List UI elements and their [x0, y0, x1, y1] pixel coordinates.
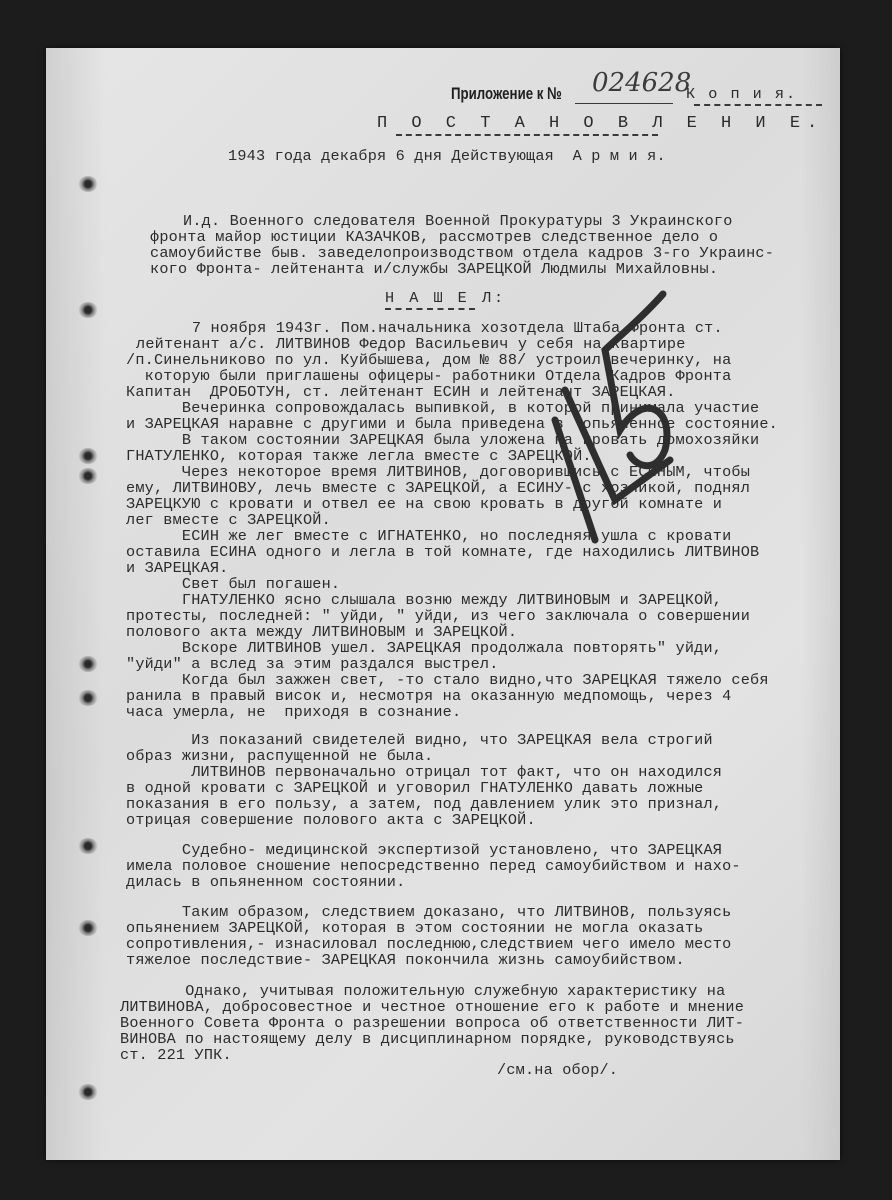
body-line: сопротивления,- изнасиловал последнюю,сл… [126, 936, 731, 952]
body-line: лег вместе с ЗАРЕЦКОЙ. [126, 512, 331, 528]
attachment-number: 024628 [592, 68, 691, 98]
body-line: отрицая совершение полового акта с ЗАРЕЦ… [126, 812, 536, 828]
body-line: Из показаний свидетелей видно, что ЗАРЕЦ… [126, 732, 713, 748]
intro-line: самоубийстве быв. заведелопроизводством … [150, 245, 774, 261]
copy-underline [694, 104, 822, 106]
body-line: имела половое сношение непосредственно п… [126, 858, 741, 874]
body-line: Таким образом, следствием доказано, что … [126, 904, 731, 920]
punch-hole [78, 656, 98, 672]
body-line: ЛИТВИНОВА, добросовестное и честное отно… [120, 999, 744, 1015]
section-heading: Н А Ш Е Л: [385, 290, 506, 306]
footer-note: /см.на обор/. [497, 1062, 618, 1078]
punch-hole [78, 838, 98, 854]
document-title: П О С Т А Н О В Л Е Н И Е. [377, 114, 824, 133]
body-line: ВИНОВА по настоящему делу в дисциплинарн… [120, 1031, 735, 1047]
intro-line: кого Фронта- лейтенанта и/службы ЗАРЕЦКО… [150, 261, 718, 277]
body-line: и ЗАРЕЦКАЯ. [126, 560, 228, 576]
punch-hole [78, 920, 98, 936]
body-line: показания в его пользу, а затем, под дав… [126, 796, 722, 812]
body-line: Военного Совета Фронта о разрешении вопр… [120, 1015, 744, 1031]
body-line: ранила в правый висок и, несмотря на ока… [126, 688, 731, 704]
body-line: ЛИТВИНОВ первоначально отрицал тот факт,… [126, 764, 722, 780]
intro-line: фронта майор юстиции КАЗАЧКОВ, рассмотре… [150, 229, 718, 245]
body-line: дилась в опьяненном состоянии. [126, 874, 405, 890]
title-underline [396, 134, 658, 136]
body-line: Вскоре ЛИТВИНОВ ушел. ЗАРЕЦКАЯ продолжал… [126, 640, 722, 656]
body-line: "уйди" а вслед за этим раздался выстрел. [126, 656, 499, 672]
body-line: ст. 221 УПК. [120, 1047, 232, 1063]
section-heading-underline [385, 308, 475, 310]
handwritten-number-mark [545, 280, 685, 550]
body-line: опьянением ЗАРЕЦКОЙ, которая в этом сост… [126, 920, 703, 936]
body-line: часа умерла, не приходя в сознание. [126, 704, 461, 720]
punch-hole [78, 468, 98, 484]
intro-line: И.д. Военного следователя Военной Прокур… [183, 213, 733, 229]
punch-hole [78, 690, 98, 706]
attachment-number-underline [575, 103, 673, 104]
body-line: Однако, учитывая положительную служебную… [120, 983, 725, 999]
body-line: протесты, последней: " уйди, " уйди, из … [126, 608, 750, 624]
punch-hole [78, 176, 98, 192]
body-line: полового акта между ЛИТВИНОВЫМ и ЗАРЕЦКО… [126, 624, 517, 640]
body-line: ГНАТУЛЕНКО ясно слышала возню между ЛИТВ… [126, 592, 722, 608]
copy-label: К о п и я. [686, 86, 797, 102]
body-line: Судебно- медицинской экспертизой установ… [126, 842, 722, 858]
body-line: в одной кровати с ЗАРЕЦКОЙ и уговорил ГН… [126, 780, 703, 796]
date-line: 1943 года декабря 6 дня Действующая А р … [228, 148, 666, 164]
body-line: Свет был погашен. [126, 576, 340, 592]
body-line: ГНАТУЛЕНКО, которая также легла вместе с… [126, 448, 592, 464]
body-line: тяжелое последствие- ЗАРЕЦКАЯ покончила … [126, 952, 685, 968]
punch-hole [78, 1084, 98, 1100]
body-line: образ жизни, распущенной не была. [126, 748, 433, 764]
punch-hole [78, 302, 98, 318]
punch-hole [78, 448, 98, 464]
body-line: Когда был зажжен свет, -то стало видно,ч… [126, 672, 769, 688]
attachment-label: Приложение к № [451, 84, 562, 104]
